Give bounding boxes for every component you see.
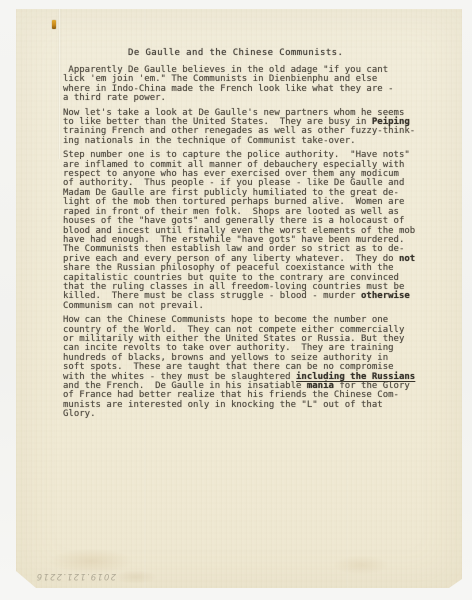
text-segment: otherwise [361,291,410,301]
paragraph: How can the Chinese Communists hope to b… [63,316,443,419]
text-segment: Now let's take a look at De Gaulle's new… [63,108,404,127]
accession-number: 2019.121.2216 [30,571,116,581]
paper-crease [58,9,61,159]
tape-residue-mark [52,20,56,29]
paragraph: Apparently De Gaulle believes in the old… [63,66,443,104]
paragraph: Now let's take a look at De Gaulle's new… [63,109,443,147]
text-segment: Communism can not prevail. [63,301,204,311]
document-body: Apparently De Gaulle believes in the old… [63,66,443,425]
text-segment: training French and other renegades as w… [63,126,415,145]
text-segment: Step number one is to capture the police… [63,150,415,263]
document-paper: De Gaulle and the Chinese Communists. Ap… [16,9,462,588]
text-segment: Apparently De Gaulle believes in the old… [63,65,394,103]
text-segment: not [399,254,415,264]
paragraph: Step number one is to capture the police… [63,151,443,311]
document-title: De Gaulle and the Chinese Communists. [128,48,343,58]
text-segment: share the Russian philosophy of peaceful… [63,263,404,301]
